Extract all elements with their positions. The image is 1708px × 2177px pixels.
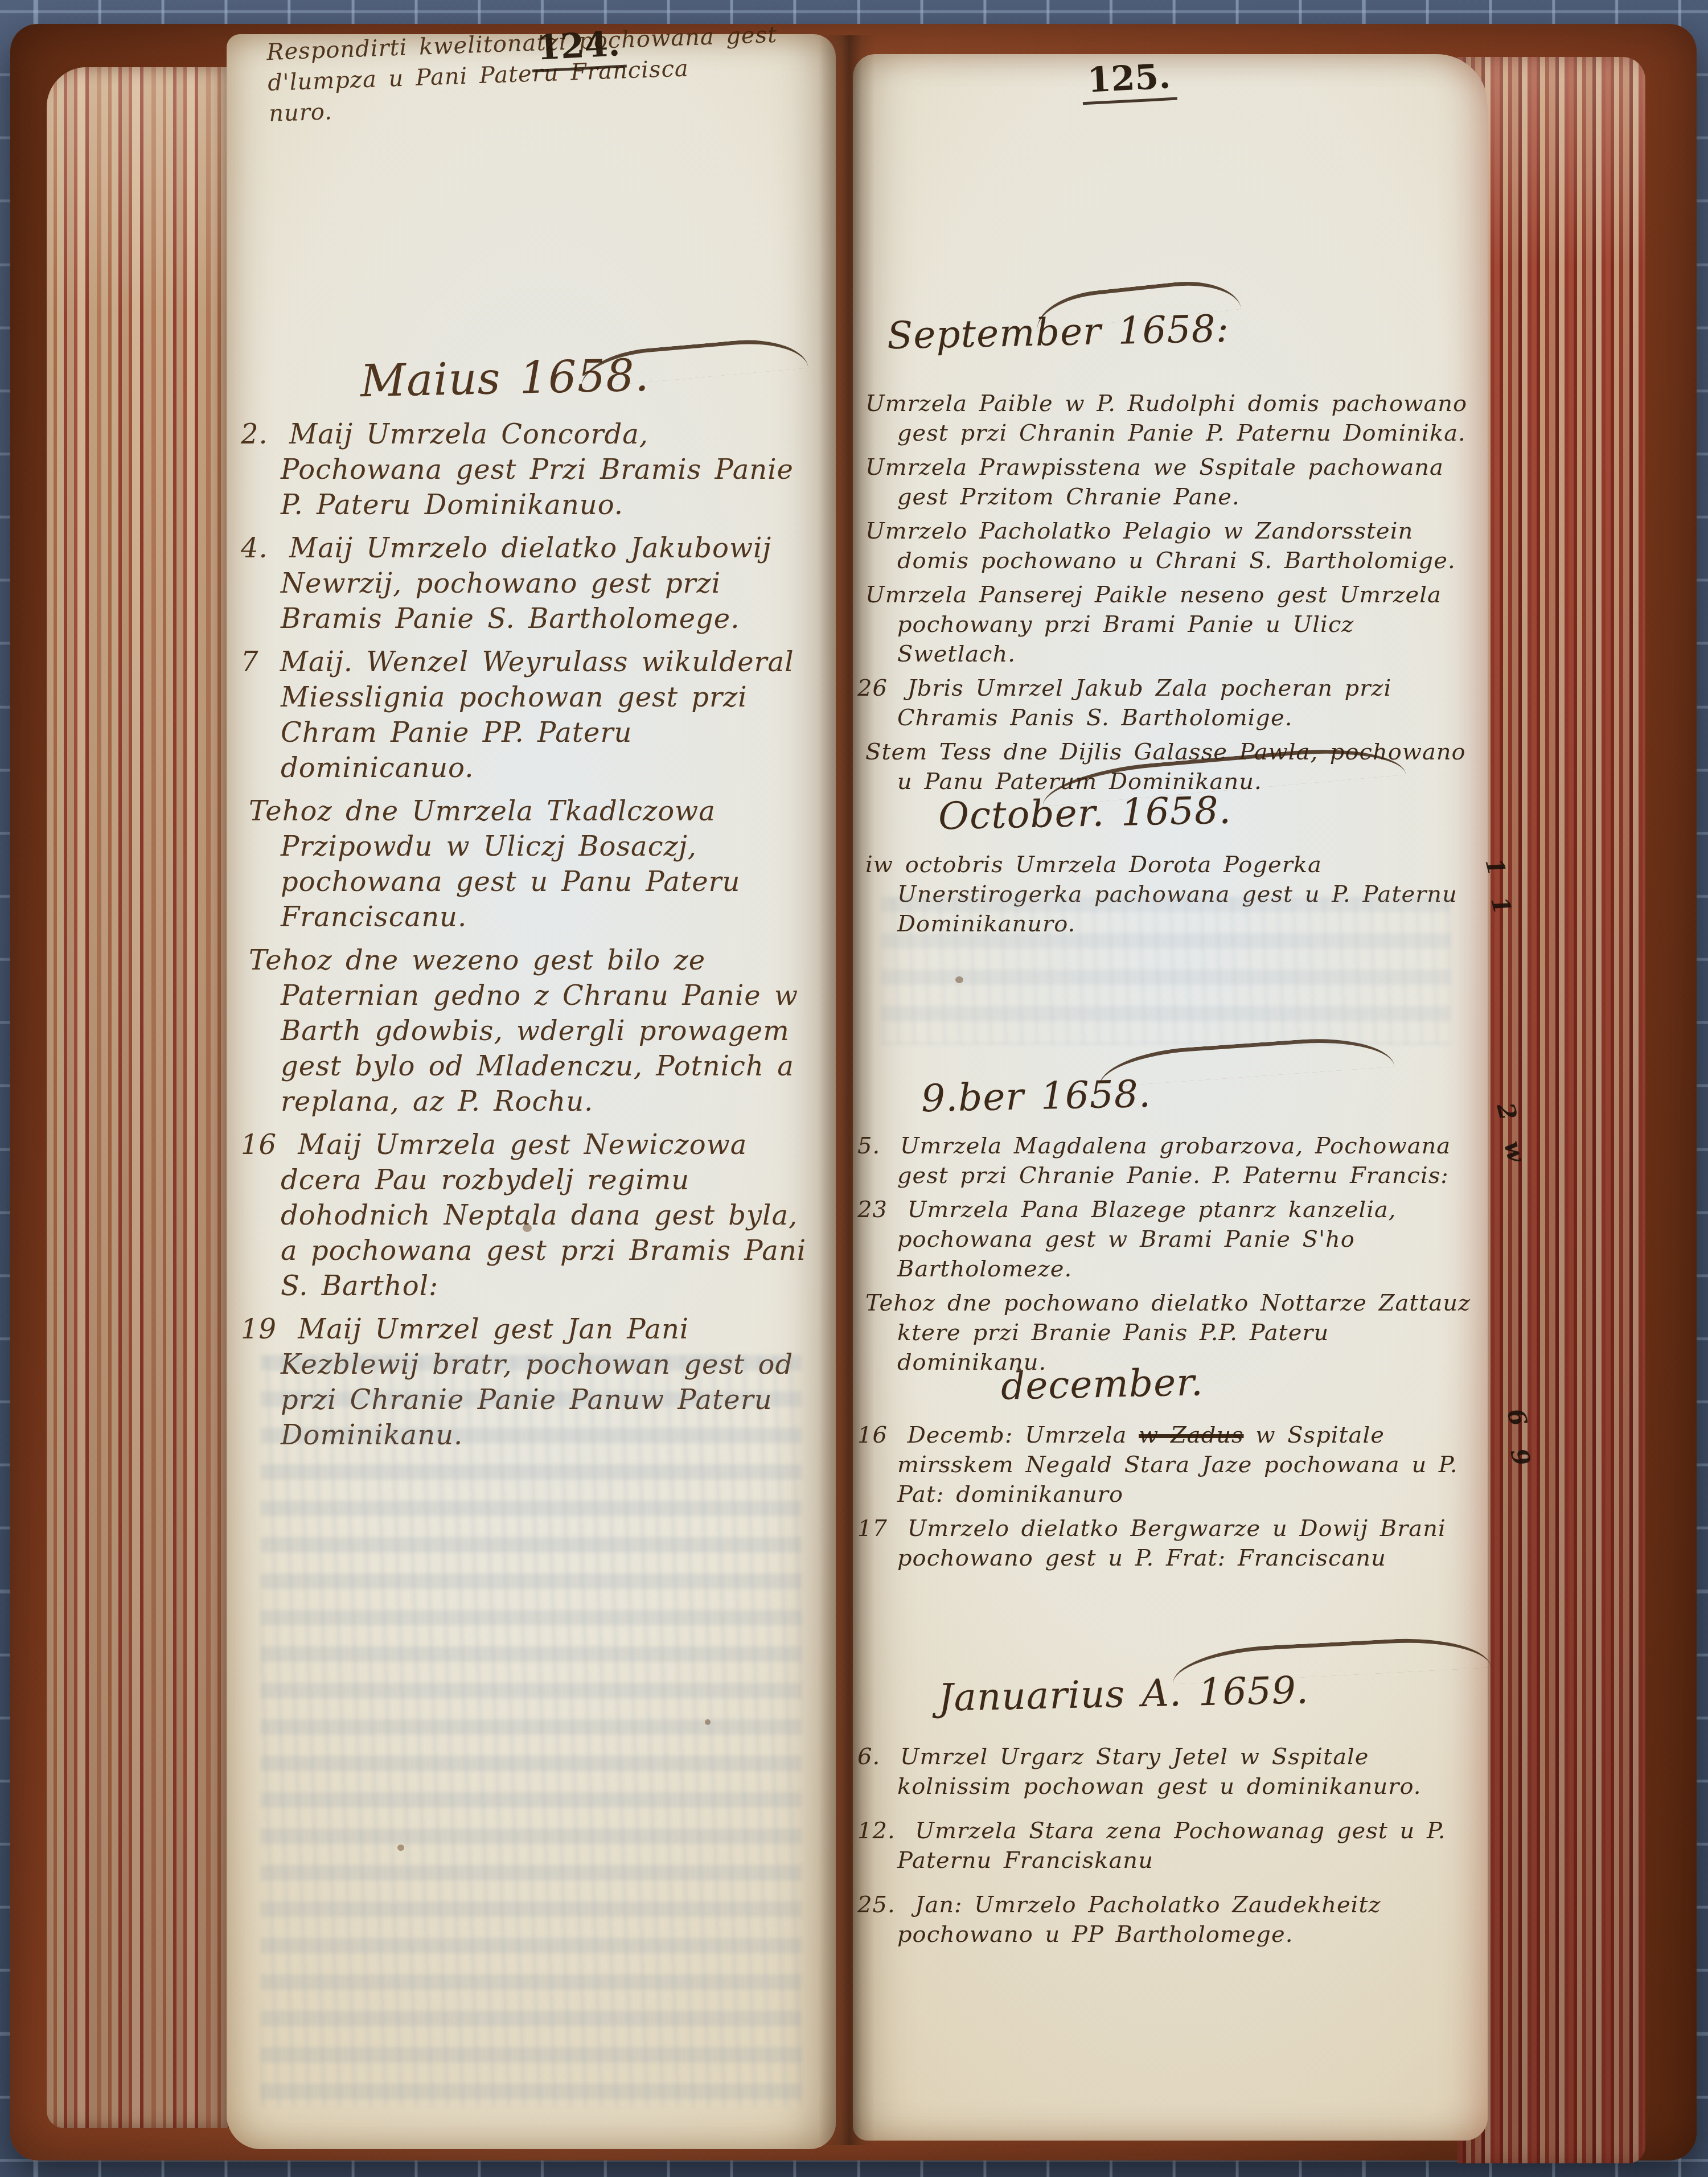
entry-text: Maij Umrzela Concorda, Pochowana gest Pr…	[281, 418, 794, 521]
page-number-125: 125.	[1081, 56, 1177, 105]
register-entry: 16 Decemb: Umrzela w Zadus w Sspitale mi…	[857, 1420, 1478, 1509]
crossed-out-word: w Zadus	[1139, 1422, 1244, 1448]
ink-bleed-through	[881, 897, 1451, 1045]
left-page-edges	[47, 67, 233, 2128]
entry-date: 7	[241, 646, 259, 678]
entry-text: Jan: Umrzelo Pacholatko Zaudekheitz poch…	[897, 1892, 1381, 1948]
right-page: 125. September 1658: Umrzela Paible w P.…	[853, 54, 1488, 2141]
foxing-spot	[397, 1845, 404, 1851]
left-page: Respondirti kwelitonatzi pochowana gest …	[227, 34, 836, 2149]
register-entry: 17 Umrzelo dielatko Bergwarze u Dowij Br…	[857, 1514, 1478, 1573]
foxing-spot	[705, 1719, 711, 1725]
entry-date: 2.	[241, 418, 268, 450]
register-entry: Umrzelo Pacholatko Pelagio w Zandorsstei…	[857, 516, 1478, 576]
burial-entries-september: Umrzela Paible w P. Rudolphi domis pacho…	[857, 389, 1478, 801]
register-entry: Umrzela Panserej Paikle neseno gest Umrz…	[857, 580, 1478, 669]
entry-date: 4.	[241, 532, 268, 564]
pen-flourish	[578, 335, 808, 388]
burial-entries-december: 16 Decemb: Umrzela w Zadus w Sspitale mi…	[857, 1420, 1478, 1578]
burial-entries-may: 2. Maij Umrzela Concorda, Pochowana gest…	[241, 417, 819, 1461]
burial-entries-november: 5. Umrzela Magdalena grobarzova, Pochowa…	[857, 1131, 1478, 1382]
pen-flourish	[1171, 1634, 1491, 1684]
burial-entries-january: 6. Umrzel Urgarz Stary Jetel w Sspitale …	[857, 1742, 1478, 1964]
entry-text: Umrzelo dielatko Bergwarze u Dowij Brani…	[897, 1515, 1446, 1571]
foxing-spot	[523, 1224, 532, 1232]
entry-text: Maij Umrzelo dielatko Jakubowij Newrzij,…	[281, 532, 771, 635]
register-entry: 2. Maij Umrzela Concorda, Pochowana gest…	[241, 417, 819, 523]
register-entry: 23 Umrzela Pana Blazege ptanrz kanzelia,…	[857, 1195, 1478, 1284]
register-entry: 6. Umrzel Urgarz Stary Jetel w Sspitale …	[857, 1742, 1478, 1801]
register-entry: Umrzela Paible w P. Rudolphi domis pacho…	[857, 389, 1478, 448]
book-gutter-shadow	[819, 35, 874, 2145]
entry-text: Umrzela Stara zena Pochowanag gest u P. …	[897, 1818, 1446, 1874]
photo-of-manuscript-book: Respondirti kwelitonatzi pochowana gest …	[0, 0, 1708, 2177]
entry-text: Umrzelo Pacholatko Pelagio w Zandorsstei…	[865, 518, 1456, 574]
register-entry: 16 Maij Umrzela gest Newiczowa dcera Pau…	[241, 1127, 819, 1304]
register-entry: Tehoz dne Umrzela Tkadlczowa Przipowdu w…	[241, 794, 819, 935]
register-entry: 5. Umrzela Magdalena grobarzova, Pochowa…	[857, 1131, 1478, 1190]
register-entry: 7 Maij. Wenzel Weyrulass wikulderal Mies…	[241, 644, 819, 786]
register-entry: 12. Umrzela Stara zena Pochowanag gest u…	[857, 1816, 1478, 1875]
foxing-spot	[955, 976, 963, 983]
entry-text: Umrzela Magdalena grobarzova, Pochowana …	[897, 1133, 1451, 1189]
entry-text: Tehoz dne wezeno gest bilo ze Paternian …	[249, 944, 798, 1118]
entry-text: Umrzela Panserej Paikle neseno gest Umrz…	[865, 582, 1442, 667]
register-entry: 4. Maij Umrzelo dielatko Jakubowij Newrz…	[241, 531, 819, 636]
register-entry: 26 Jbris Umrzel Jakub Zala pocheran przi…	[857, 673, 1478, 733]
register-entry: Tehoz dne wezeno gest bilo ze Paternian …	[241, 943, 819, 1119]
entry-date: 16	[241, 1129, 277, 1161]
register-entry: Umrzela Prawpisstena we Sspitale pachowa…	[857, 453, 1478, 512]
entry-text: Maij. Wenzel Weyrulass wikulderal Miessl…	[280, 646, 794, 784]
ink-bleed-through	[261, 1355, 802, 2106]
entry-date: 19	[241, 1313, 277, 1345]
entry-text: Umrzel Urgarz Stary Jetel w Sspitale kol…	[897, 1744, 1422, 1800]
entry-text: Tehoz dne Umrzela Tkadlczowa Przipowdu w…	[249, 795, 740, 933]
entry-text: Umrzela Pana Blazege ptanrz kanzelia, po…	[897, 1197, 1397, 1282]
register-entry: 25. Jan: Umrzelo Pacholatko Zaudekheitz …	[857, 1890, 1478, 1949]
month-heading-december: december.	[1000, 1360, 1204, 1408]
entry-text: Decemb: Umrzela	[908, 1422, 1127, 1448]
page-number-124: 124.	[530, 24, 627, 73]
entry-text: Umrzela Paible w P. Rudolphi domis pacho…	[865, 391, 1467, 446]
entry-text: Maij Umrzela gest Newiczowa dcera Pau ro…	[281, 1129, 806, 1302]
entry-text: Jbris Umrzel Jakub Zala pocheran przi Ch…	[897, 675, 1391, 731]
entry-text: Umrzela Prawpisstena we Sspitale pachowa…	[865, 454, 1444, 510]
